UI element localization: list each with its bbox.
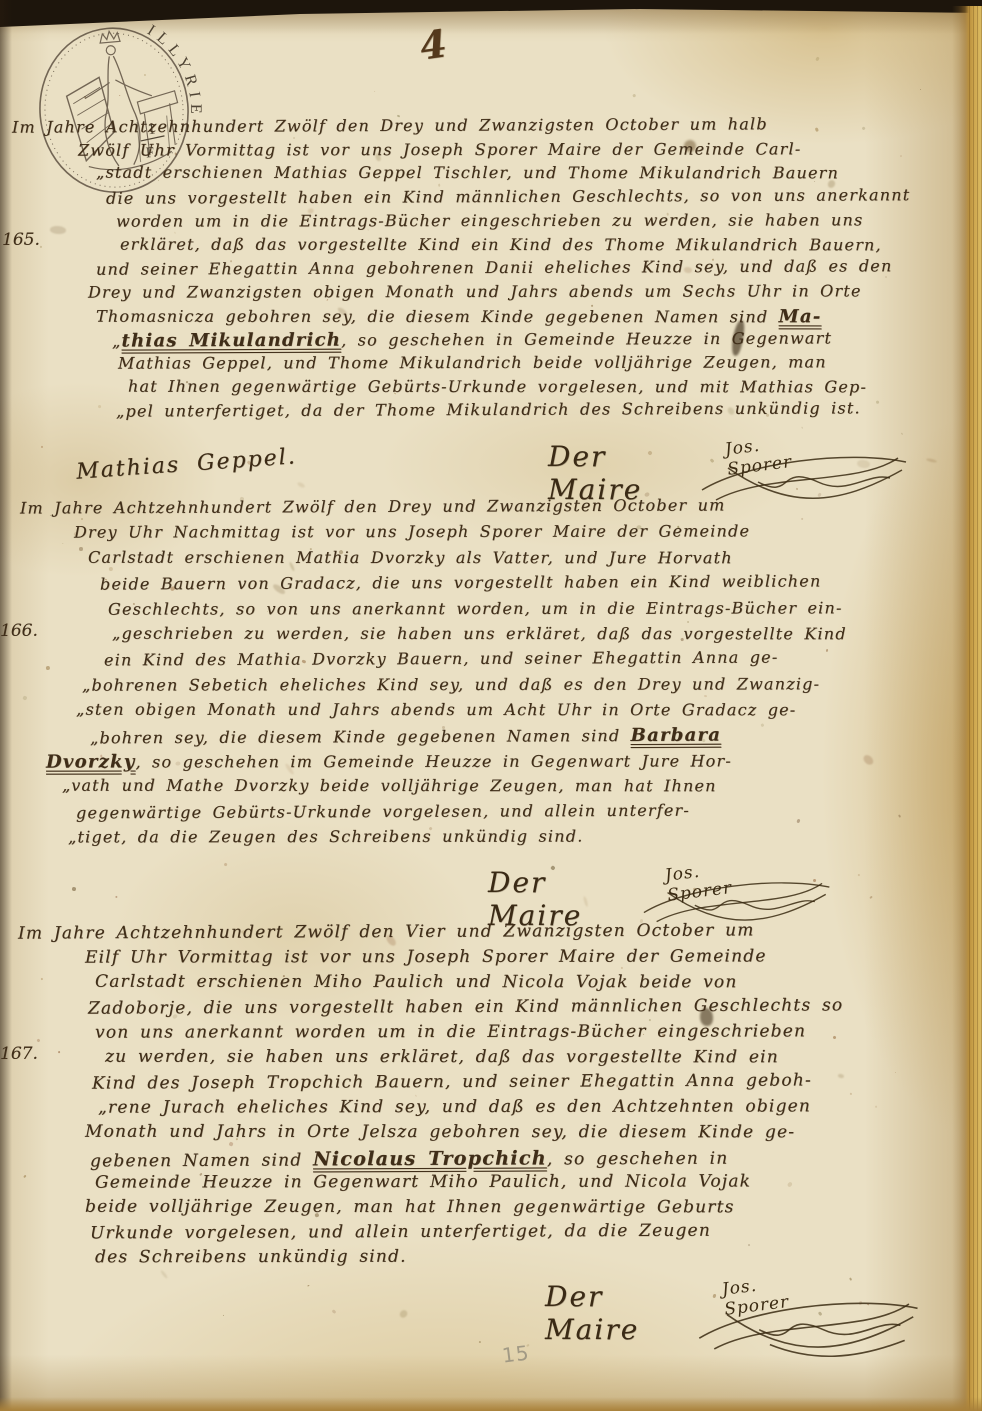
manuscript-line: worden um in die Eintrags-Bücher eingesc…: [116, 210, 864, 230]
manuscript-line: Monath und Jahrs in Orte Jelsza gebohren…: [85, 1122, 795, 1143]
page-left-shadow: [0, 0, 12, 1411]
manuscript-line: beide Bauern von Gradacz, die uns vorges…: [100, 572, 822, 594]
svg-text:ILLYRIE: ILLYRIE: [143, 18, 205, 124]
manuscript-line: Im Jahre Achtzehnhundert Zwölf den Vier …: [18, 920, 755, 943]
manuscript-line: „stadt erschienen Mathias Geppel Tischle…: [96, 163, 839, 183]
manuscript-line: beide volljährige Zeugen, man hat Ihnen …: [85, 1197, 735, 1218]
manuscript-line: Eilf Uhr Vormittag ist vor uns Joseph Sp…: [85, 946, 767, 967]
underlined-name: Barbara: [631, 724, 722, 745]
book-page-stack-lines: [969, 6, 982, 1411]
manuscript-line: „tiget, da die Zeugen des Schreibens unk…: [68, 827, 584, 847]
manuscript-line: Drey und Zwanzigsten obigen Monath und J…: [88, 281, 862, 301]
manuscript-line: hat Ihnen gegenwärtige Gebürts-Urkunde v…: [128, 376, 867, 396]
manuscript-line: Dvorzky, so geschehen im Gemeinde Heuzze…: [46, 750, 732, 772]
manuscript-line: Geschlechts, so von uns anerkannt worden…: [108, 598, 843, 618]
manuscript-line: erkläret, daß das vorgestellte Kind ein …: [120, 234, 882, 254]
manuscript-line: ein Kind des Mathia Dvorzky Bauern, und …: [104, 648, 779, 670]
stamp-legend-text: ILLYRIE: [143, 18, 205, 124]
manuscript-line: Kind des Joseph Tropchich Bauern, und se…: [92, 1070, 812, 1093]
signature-flourish: [698, 452, 913, 507]
manuscript-line: Zadoborje, die uns vorgestellt haben ein…: [88, 995, 843, 1018]
entry-number: 167.: [0, 1044, 38, 1064]
underlined-name: Ma-: [779, 306, 822, 327]
manuscript-line: „sten obigen Monath und Jahrs abends um …: [76, 700, 796, 720]
manuscript-line: die uns vorgestellt haben ein Kind männl…: [106, 185, 910, 208]
underlined-name: Dvorzky: [46, 751, 136, 772]
manuscript-line: Carlstadt erschienen Mathia Dvorzky als …: [88, 548, 733, 568]
manuscript-line: „thias Mikulandrich, so geschehen in Gem…: [112, 328, 832, 352]
manuscript-line: „rene Jurach eheliches Kind sey, und daß…: [98, 1096, 811, 1117]
manuscript-line: Carlstadt erschienen Miho Paulich und Ni…: [95, 972, 738, 993]
register-page-photo: ILLYRIE 1 F. 4 165. Im Jahre Achtzehnhun…: [0, 0, 982, 1411]
manuscript-line: „bohrenen Sebetich eheliches Kind sey, u…: [82, 674, 820, 694]
entry-number: 165.: [2, 230, 40, 250]
manuscript-line: des Schreibens unkündig sind.: [95, 1247, 407, 1268]
manuscript-line: Im Jahre Achtzehnhundert Zwölf den Drey …: [12, 114, 768, 136]
underlined-name: thias Mikulandrich: [121, 330, 341, 352]
manuscript-line: zu werden, sie haben uns erkläret, daß d…: [105, 1047, 779, 1068]
manuscript-line: „bohren sey, die diesem Kinde gegebenen …: [90, 724, 721, 748]
manuscript-line: „pel unterfertiget, da der Thome Mikulan…: [116, 399, 861, 421]
manuscript-line: Drey Uhr Nachmittag ist vor uns Joseph S…: [74, 522, 750, 542]
manuscript-line: Mathias Geppel, und Thome Mikulandrich b…: [118, 352, 827, 372]
illyrie-revenue-stamp: ILLYRIE 1 F.: [18, 5, 214, 216]
manuscript-line: gebenen Namen sind Nicolaus Tropchich, s…: [90, 1146, 728, 1172]
manuscript-line: Im Jahre Achtzehnhundert Zwölf den Drey …: [20, 495, 726, 517]
entry-number: 166.: [0, 621, 38, 641]
signature-flourish: [695, 1292, 925, 1362]
manuscript-line: Zwölf Uhr Vormittag ist vor uns Joseph S…: [78, 139, 801, 159]
manuscript-line: Urkunde vorgelesen, und allein unterfert…: [90, 1221, 711, 1244]
manuscript-line: von uns anerkannt worden um in die Eintr…: [95, 1021, 806, 1042]
underlined-name: Nicolaus Tropchich: [313, 1146, 547, 1170]
manuscript-line: Thomasnicza gebohren sey, die diesem Kin…: [96, 305, 821, 327]
manuscript-line: und seiner Ehegattin Anna gebohrenen Dan…: [96, 256, 893, 278]
manuscript-line: Gemeinde Heuzze in Gegenwart Miho Paulic…: [95, 1171, 751, 1192]
page-bottom-edge: [0, 1397, 982, 1411]
manuscript-line: gegenwärtige Gebürts-Urkunde vorgelesen,…: [76, 800, 690, 822]
maire-title: Der Maire: [545, 1280, 639, 1346]
manuscript-line: „geschrieben zu werden, sie haben uns er…: [112, 624, 847, 644]
archivist-pencil-number: 15: [501, 1340, 531, 1367]
manuscript-line: „vath und Mathe Dvorzky beide volljährig…: [62, 776, 717, 796]
